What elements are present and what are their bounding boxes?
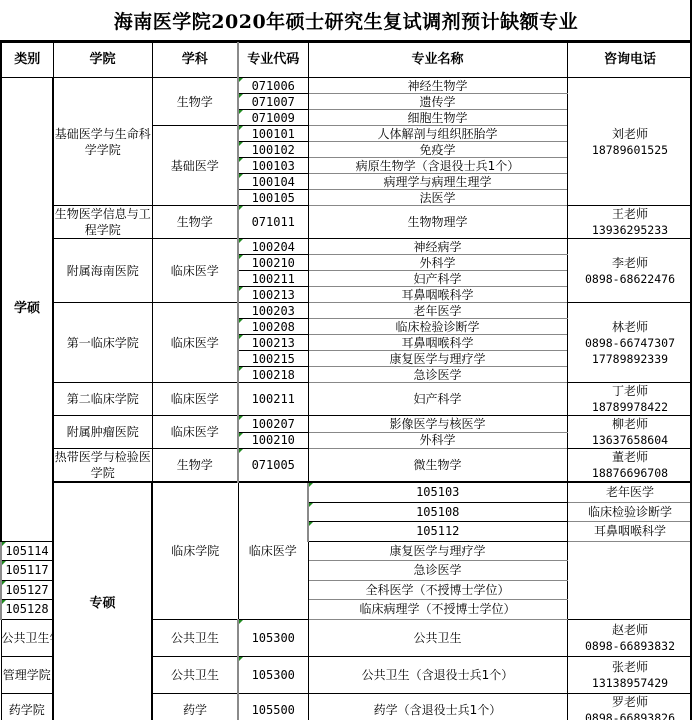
contact-phone: 0898-66893832 bbox=[568, 638, 692, 654]
major-code-cell[interactable]: 100210 bbox=[238, 432, 308, 449]
subject-cell: 生物学 bbox=[152, 206, 238, 239]
contact-cell: 张老师 13138957429 bbox=[567, 656, 692, 693]
contact-cell: 刘老师 18789601525 bbox=[567, 78, 692, 206]
major-name-cell: 妇产科学 bbox=[308, 271, 567, 287]
contact-name: 刘老师 bbox=[568, 126, 692, 142]
major-name-cell: 遗传学 bbox=[308, 94, 567, 110]
major-code-cell[interactable]: 100213 bbox=[238, 335, 308, 351]
contact-name: 丁老师 bbox=[568, 383, 692, 399]
contact-cell: 李老师 0898-68622476 bbox=[567, 239, 692, 303]
major-code-cell[interactable]: 100204 bbox=[238, 239, 308, 255]
major-name-cell: 耳鼻咽喉科学 bbox=[567, 522, 692, 542]
header-major-name: 专业名称 bbox=[308, 43, 567, 78]
college-cell: 附属肿瘤医院 bbox=[53, 416, 152, 449]
subject-cell: 公共卫生 bbox=[152, 656, 238, 693]
major-code-cell[interactable]: 100211 bbox=[238, 271, 308, 287]
subject-cell: 基础医学 bbox=[152, 126, 238, 206]
contact-cell: 董老师 18876696708 bbox=[567, 449, 692, 483]
contact-cell: 林老师 0898-66747307 17789892339 bbox=[567, 303, 692, 383]
contact-name: 柳老师 bbox=[568, 416, 692, 432]
table-row: 热带医学与检验医学院 生物学 071005 微生物学 董老师 188766967… bbox=[1, 449, 692, 483]
header-contact: 咨询电话 bbox=[567, 43, 692, 78]
major-name-cell: 免疫学 bbox=[308, 142, 567, 158]
contact-cell: 王老师 13936295233 bbox=[567, 206, 692, 239]
major-code-cell[interactable]: 100104 bbox=[238, 174, 308, 190]
header-category: 类别 bbox=[1, 43, 53, 78]
table-row: 生物医学信息与工程学院 生物学 071011 生物物理学 王老师 1393629… bbox=[1, 206, 692, 239]
table-row: 附属肿瘤医院 临床医学 100207 影像医学与核医学 柳老师 13637658… bbox=[1, 416, 692, 433]
major-name-cell: 耳鼻咽喉科学 bbox=[308, 287, 567, 303]
major-name-cell: 人体解剖与组织胚胎学 bbox=[308, 126, 567, 142]
contact-phone: 0898-66747307 bbox=[568, 335, 692, 351]
major-code-cell[interactable]: 100101 bbox=[238, 126, 308, 142]
major-name-cell: 妇产科学 bbox=[308, 383, 567, 416]
major-code-cell[interactable]: 105128 bbox=[1, 600, 53, 620]
table-row: 第一临床学院 临床医学 100203 老年医学 林老师 0898-6674730… bbox=[1, 303, 692, 319]
major-code-cell[interactable]: 105300 bbox=[238, 619, 308, 656]
major-code-cell[interactable]: 071007 bbox=[238, 94, 308, 110]
page-title: 海南医学院2020年硕士研究生复试调剂预计缺额专业 bbox=[0, 0, 692, 42]
major-code-cell[interactable]: 105108 bbox=[308, 502, 567, 522]
contact-phone: 0898-66893826 bbox=[568, 710, 692, 720]
major-code-cell[interactable]: 105127 bbox=[1, 580, 53, 600]
subject-cell: 药学 bbox=[152, 693, 238, 720]
major-code-cell[interactable]: 071005 bbox=[238, 449, 308, 483]
major-name-cell: 康复医学与理疗学 bbox=[308, 541, 567, 561]
major-code-cell[interactable]: 105103 bbox=[308, 482, 567, 502]
table-row: 学硕 基础医学与生命科学学院 生物学 071006 神经生物学 刘老师 1878… bbox=[1, 78, 692, 94]
header-row: 类别 学院 学科 专业代码 专业名称 咨询电话 bbox=[1, 43, 692, 78]
college-cell: 临床学院 bbox=[152, 482, 238, 619]
subject-cell: 临床医学 bbox=[238, 482, 308, 619]
contact-name: 张老师 bbox=[568, 659, 692, 675]
college-cell: 药学院 bbox=[1, 693, 53, 720]
contact-cell: 柳老师 13637658604 bbox=[567, 416, 692, 449]
contact-cell: 罗老师 0898-66893826 bbox=[567, 693, 692, 720]
contact-phone: 18789601525 bbox=[568, 142, 692, 158]
major-name-cell: 微生物学 bbox=[308, 449, 567, 483]
spreadsheet: 海南医学院2020年硕士研究生复试调剂预计缺额专业 类别 学院 学科 专业代码 … bbox=[0, 0, 692, 720]
major-code-cell[interactable]: 105117 bbox=[1, 561, 53, 581]
major-name-cell: 耳鼻咽喉科学 bbox=[308, 335, 567, 351]
major-name-cell: 外科学 bbox=[308, 432, 567, 449]
contact-cell: 丁老师 18789978422 bbox=[567, 383, 692, 416]
subject-cell: 临床医学 bbox=[152, 239, 238, 303]
college-cell: 附属海南医院 bbox=[53, 239, 152, 303]
college-cell: 基础医学与生命科学学院 bbox=[53, 78, 152, 206]
major-name-cell: 生物物理学 bbox=[308, 206, 567, 239]
major-name-cell: 外科学 bbox=[308, 255, 567, 271]
major-name-cell: 公共卫生（含退役士兵1个） bbox=[308, 656, 567, 693]
major-name-cell: 康复医学与理疗学 bbox=[308, 351, 567, 367]
major-code-cell[interactable]: 100105 bbox=[238, 190, 308, 206]
header-major-code: 专业代码 bbox=[238, 43, 308, 78]
major-code-cell[interactable]: 071011 bbox=[238, 206, 308, 239]
major-name-cell: 影像医学与核医学 bbox=[308, 416, 567, 433]
major-code-cell[interactable]: 105112 bbox=[308, 522, 567, 542]
table-row: 第二临床学院 临床医学 100211 妇产科学 丁老师 18789978422 bbox=[1, 383, 692, 416]
major-code-cell[interactable]: 100218 bbox=[238, 367, 308, 383]
contact-phone: 17789892339 bbox=[568, 351, 692, 367]
major-name-cell: 病原生物学（含退役士兵1个） bbox=[308, 158, 567, 174]
contact-phone: 18876696708 bbox=[568, 465, 692, 481]
major-code-cell[interactable]: 105300 bbox=[238, 656, 308, 693]
major-code-cell[interactable]: 100103 bbox=[238, 158, 308, 174]
major-name-cell: 临床病理学（不授博士学位） bbox=[308, 600, 567, 620]
subject-cell: 临床医学 bbox=[152, 383, 238, 416]
major-name-cell: 老年医学 bbox=[308, 303, 567, 319]
contact-phone: 13637658604 bbox=[568, 432, 692, 448]
college-cell: 生物医学信息与工程学院 bbox=[53, 206, 152, 239]
contact-cell: 赵老师 0898-66893832 bbox=[567, 619, 692, 656]
subject-cell: 生物学 bbox=[152, 78, 238, 126]
vacancy-table: 类别 学院 学科 专业代码 专业名称 咨询电话 学硕 基础医学与生命科学学院 生… bbox=[0, 42, 692, 720]
major-code-cell[interactable]: 100215 bbox=[238, 351, 308, 367]
major-name-cell: 急诊医学 bbox=[308, 561, 567, 581]
major-name-cell: 病理学与病理生理学 bbox=[308, 174, 567, 190]
table-row: 附属海南医院 临床医学 100204 神经病学 李老师 0898-6862247… bbox=[1, 239, 692, 255]
header-college: 学院 bbox=[53, 43, 152, 78]
college-cell: 第一临床学院 bbox=[53, 303, 152, 383]
contact-name: 罗老师 bbox=[568, 694, 692, 710]
contact-phone: 18789978422 bbox=[568, 399, 692, 415]
major-name-cell: 急诊医学 bbox=[308, 367, 567, 383]
subject-cell: 生物学 bbox=[152, 449, 238, 483]
major-code-cell[interactable]: 071009 bbox=[238, 110, 308, 126]
major-code-cell[interactable]: 100211 bbox=[238, 383, 308, 416]
major-name-cell: 神经病学 bbox=[308, 239, 567, 255]
major-code-cell[interactable]: 105500 bbox=[238, 693, 308, 720]
major-code-cell[interactable]: 105114 bbox=[1, 541, 53, 561]
major-name-cell: 药学（含退役士兵1个） bbox=[308, 693, 567, 720]
major-code-cell[interactable]: 100213 bbox=[238, 287, 308, 303]
major-name-cell: 全科医学（不授博士学位） bbox=[308, 580, 567, 600]
major-name-cell: 公共卫生 bbox=[308, 619, 567, 656]
subject-cell: 临床医学 bbox=[152, 416, 238, 449]
college-cell: 第二临床学院 bbox=[53, 383, 152, 416]
major-name-cell: 神经生物学 bbox=[308, 78, 567, 94]
header-subject: 学科 bbox=[152, 43, 238, 78]
contact-name: 王老师 bbox=[568, 206, 692, 222]
college-cell: 管理学院 bbox=[1, 656, 53, 693]
major-code-cell[interactable]: 100102 bbox=[238, 142, 308, 158]
contact-name: 林老师 bbox=[568, 319, 692, 335]
major-name-cell: 细胞生物学 bbox=[308, 110, 567, 126]
subject-cell: 公共卫生 bbox=[152, 619, 238, 656]
major-name-cell: 临床检验诊断学 bbox=[567, 502, 692, 522]
contact-name: 李老师 bbox=[568, 255, 692, 271]
contact-phone: 13138957429 bbox=[568, 675, 692, 691]
major-code-cell[interactable]: 100203 bbox=[238, 303, 308, 319]
major-name-cell: 法医学 bbox=[308, 190, 567, 206]
category-professional: 专硕 bbox=[53, 482, 152, 720]
college-cell: 公共卫生学院 bbox=[1, 619, 53, 656]
college-cell: 热带医学与检验医学院 bbox=[53, 449, 152, 483]
contact-name: 赵老师 bbox=[568, 622, 692, 638]
major-name-cell: 临床检验诊断学 bbox=[308, 319, 567, 335]
contact-name: 董老师 bbox=[568, 449, 692, 465]
category-academic: 学硕 bbox=[1, 78, 53, 542]
contact-phone: 13936295233 bbox=[568, 222, 692, 238]
subject-cell: 临床医学 bbox=[152, 303, 238, 383]
major-code-cell[interactable]: 100207 bbox=[238, 416, 308, 433]
major-code-cell[interactable]: 071006 bbox=[238, 78, 308, 94]
major-code-cell[interactable]: 100210 bbox=[238, 255, 308, 271]
major-name-cell: 老年医学 bbox=[567, 482, 692, 502]
contact-phone: 0898-68622476 bbox=[568, 271, 692, 287]
major-code-cell[interactable]: 100208 bbox=[238, 319, 308, 335]
table-row: 专硕 临床学院 临床医学 105103 老年医学 林老师 0898-667473… bbox=[1, 482, 692, 502]
